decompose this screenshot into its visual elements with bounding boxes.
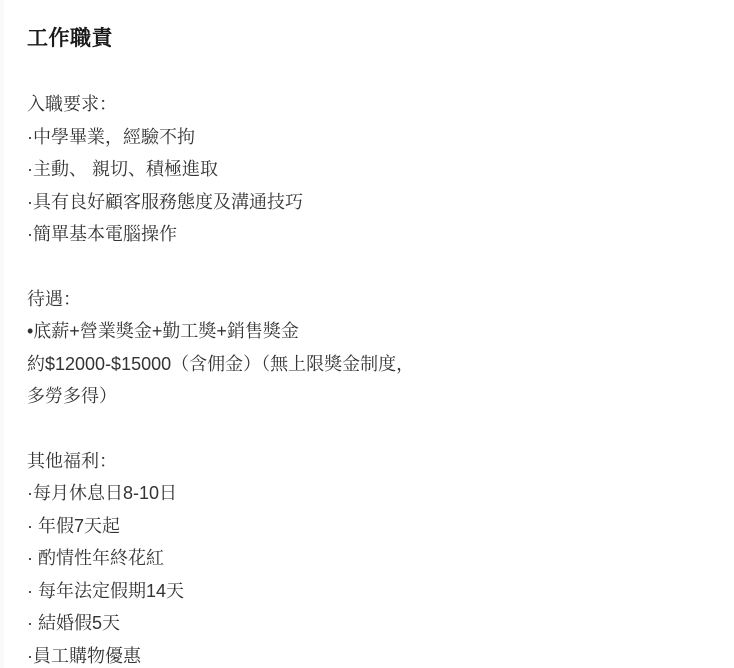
text-line: 其他福利： [27, 445, 704, 478]
text-section-0: 入職要求：·中學畢業，經驗不拘·主動、 親切、積極進取·具有良好顧客服務態度及溝… [27, 88, 704, 251]
text-line: ·簡單基本電腦操作 [27, 218, 704, 251]
text-line: ·主動、 親切、積極進取 [27, 153, 704, 186]
text-line: · 年假7天起 [27, 510, 704, 543]
text-line: · 結婚假5天 [27, 607, 704, 640]
text-line: 多勞多得） [27, 380, 704, 413]
text-line: 待遇： [27, 283, 704, 316]
text-line: ·員工購物優惠 [27, 640, 704, 668]
text-line: · 每年法定假期14天 [27, 575, 704, 608]
text-line: ·具有良好顧客服務態度及溝通技巧 [27, 186, 704, 219]
text-line: 約$12000-$15000（含佣金）（無上限獎金制度， [27, 348, 704, 381]
job-duties-heading: 工作職責 [27, 26, 704, 52]
text-section-1: 待遇：•底薪+營業獎金+勤工獎+銷售獎金約$12000-$15000（含佣金）（… [27, 283, 704, 413]
page-left-edge [0, 0, 4, 668]
text-line: ·中學畢業，經驗不拘 [27, 121, 704, 154]
text-line: 入職要求： [27, 88, 704, 121]
job-description-block: 工作職責 入職要求：·中學畢業，經驗不拘·主動、 親切、積極進取·具有良好顧客服… [27, 26, 704, 668]
text-section-2: 其他福利：·每月休息日8-10日· 年假7天起· 酌情性年終花紅· 每年法定假期… [27, 445, 704, 668]
text-line: ·每月休息日8-10日 [27, 477, 704, 510]
text-line: · 酌情性年終花紅 [27, 542, 704, 575]
sections-container: 入職要求：·中學畢業，經驗不拘·主動、 親切、積極進取·具有良好顧客服務態度及溝… [27, 88, 704, 668]
text-line: •底薪+營業獎金+勤工獎+銷售獎金 [27, 315, 704, 348]
